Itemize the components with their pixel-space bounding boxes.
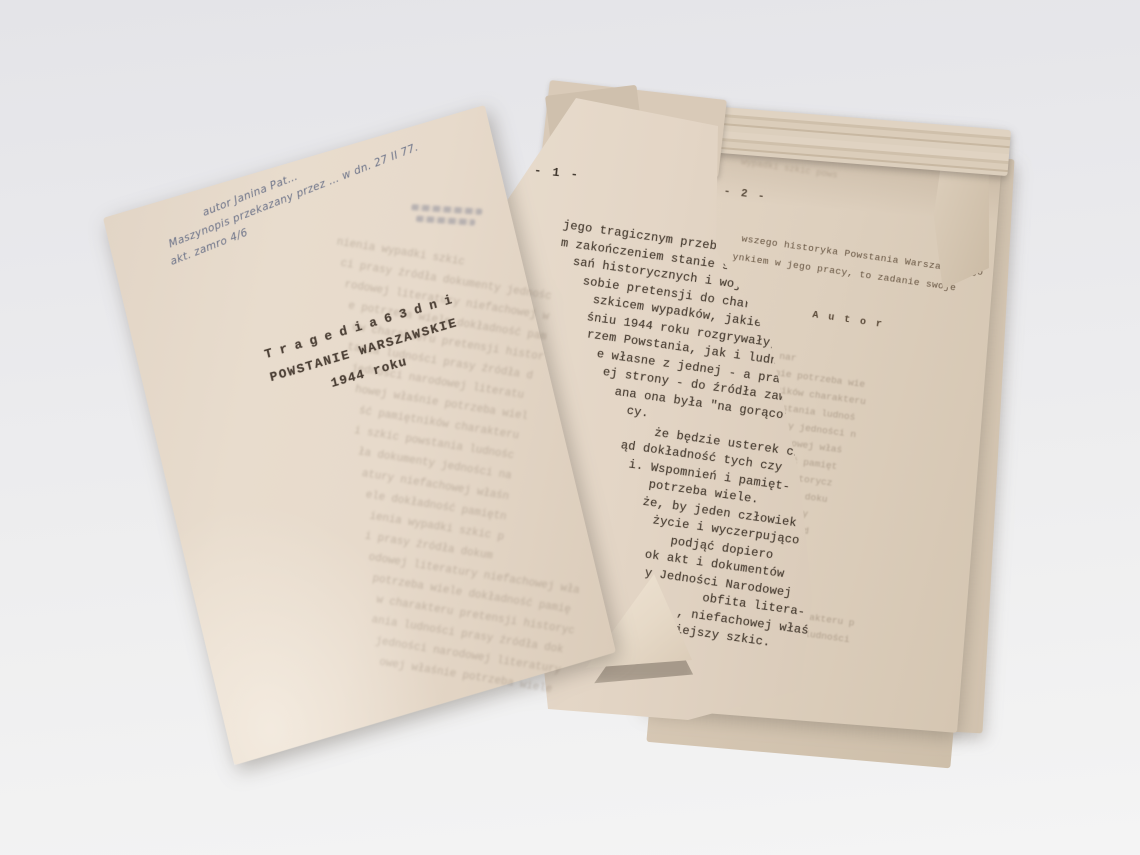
right-page-signature: A u t o r — [812, 310, 885, 331]
right-page-number: - 2 - — [723, 186, 767, 204]
photo-background: wypadki szkic pows - 2 - wszego historyk… — [0, 0, 1140, 855]
stamp-bar — [416, 216, 476, 226]
stamp-bar — [411, 204, 482, 215]
middle-page-number: - 1 - — [533, 164, 580, 183]
handwritten-note-line: Maszynopis przekazany przez … w dn. 27 I… — [167, 139, 421, 253]
ink-stamp-smudge — [409, 204, 482, 231]
